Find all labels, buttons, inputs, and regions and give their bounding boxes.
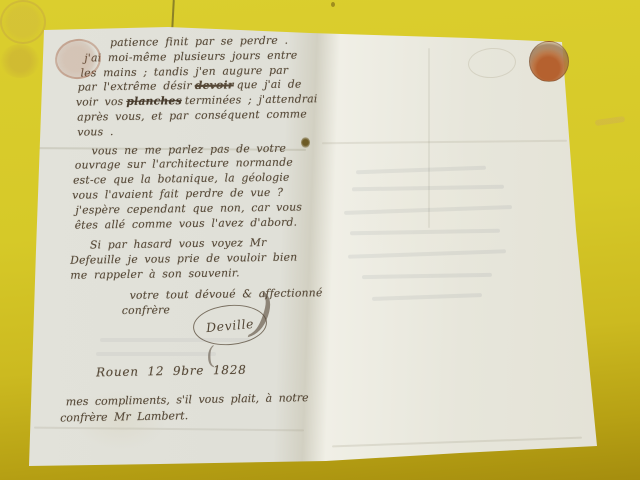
seal-stain-bottom-left [0, 0, 46, 44]
handwritten-line: me rappeler à son souvenir. [70, 265, 325, 283]
handwritten-line: êtes allé comme vous l'avez d'abord. [75, 215, 325, 233]
photo-stage: patience finit par se perdre . j'ai moi-… [0, 0, 640, 480]
overwritten-word: planches [126, 94, 182, 108]
paper-crease [34, 427, 304, 432]
handwritten-line: votre tout dévoué & affectionné [130, 286, 326, 304]
fold-stain-spot [301, 137, 310, 148]
dateline: Rouen 12 9bre 1828 [96, 363, 247, 380]
show-through-line [96, 352, 216, 356]
struck-out-word: devoir [195, 79, 234, 93]
line-text: par l'extrême désir [78, 79, 192, 94]
surface-scuff [595, 116, 626, 126]
line-text: terminées ; j'attendrai [185, 92, 318, 107]
postscript: mes compliments, s'il vous plait, à notr… [60, 390, 341, 427]
line-text: voir vos [76, 95, 124, 109]
paper-crease [332, 437, 582, 448]
letter-body-left-page: patience finit par se perdre . j'ai moi-… [60, 33, 326, 319]
thread-line [171, 0, 175, 30]
signature-name: Deville [205, 315, 254, 334]
paper-crease [322, 140, 567, 145]
stain-right-page [0, 44, 40, 78]
show-through-line [100, 338, 250, 342]
line-text: que j'ai de [237, 78, 302, 92]
surface-speck [331, 2, 335, 7]
wax-seal-top-right [529, 41, 569, 82]
paper-crease [428, 48, 430, 228]
